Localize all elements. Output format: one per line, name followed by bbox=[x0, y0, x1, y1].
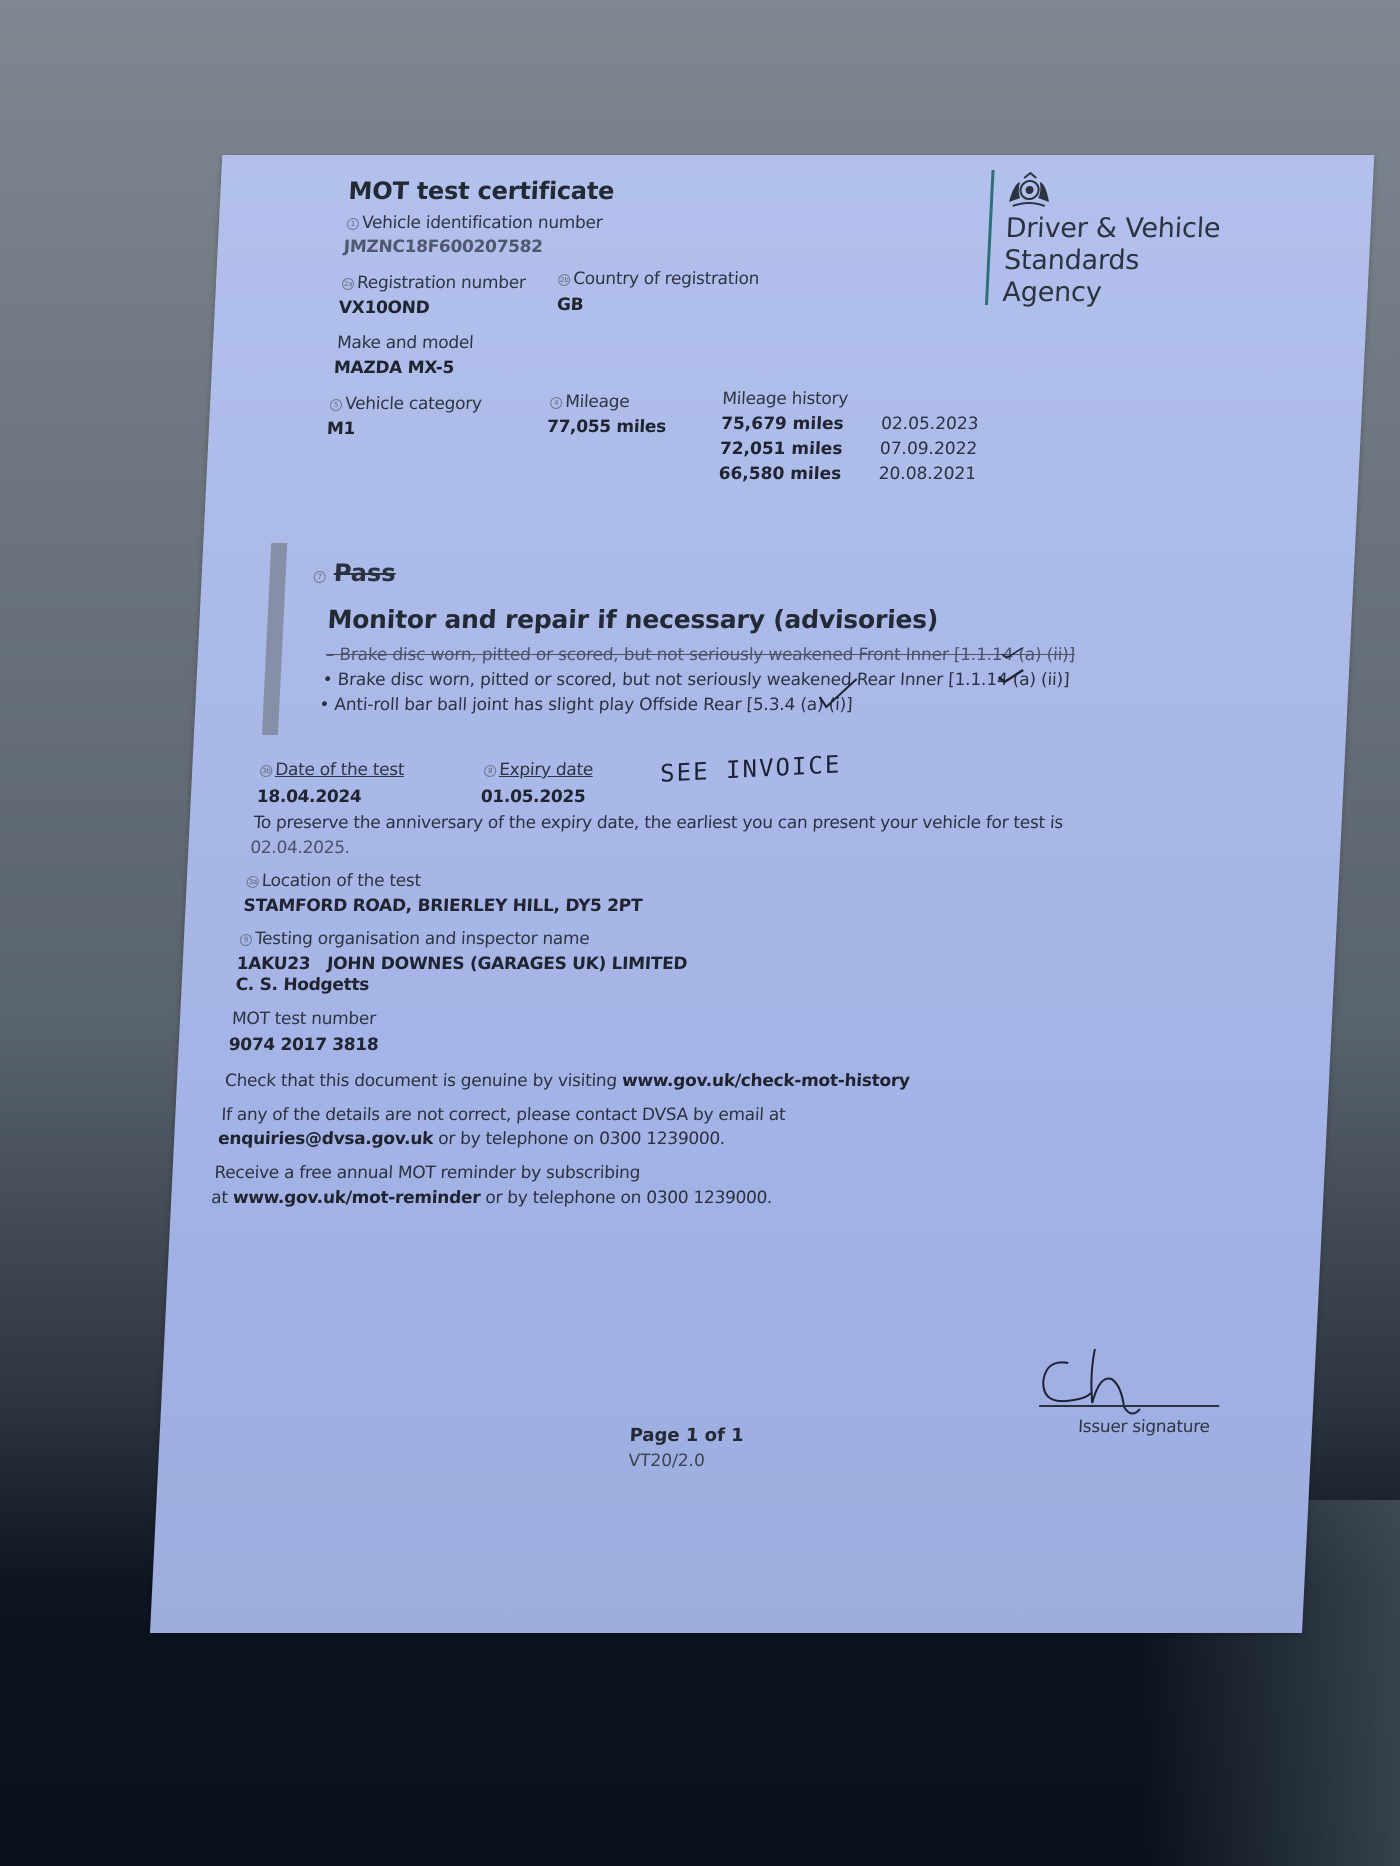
country-value: GB bbox=[556, 295, 583, 315]
advisory-item: • Brake disc worn, pitted or scored, but… bbox=[322, 670, 1070, 690]
vin-value: JMZNC18F600207582 bbox=[343, 237, 543, 257]
organisation-label: 9Testing organisation and inspector name bbox=[239, 929, 590, 949]
reminder-note-line2: at www.gov.uk/mot-reminder or by telepho… bbox=[211, 1188, 773, 1208]
make-model-label: Make and model bbox=[337, 333, 474, 353]
organisation-name: JOHN DOWNES (GARAGES UK) LIMITED bbox=[327, 954, 688, 974]
royal-coat-of-arms-icon bbox=[1005, 170, 1055, 210]
document-title: MOT test certificate bbox=[348, 177, 615, 205]
test-number-label: MOT test number bbox=[232, 1009, 377, 1029]
agency-line-3: Agency bbox=[1002, 277, 1218, 309]
agency-line-2: Standards bbox=[1003, 245, 1219, 277]
anniversary-note: To preserve the anniversary of the expir… bbox=[253, 813, 1063, 833]
field-marker-icon: 7 bbox=[313, 571, 326, 583]
field-marker-icon: 5 bbox=[330, 399, 343, 411]
organisation-value: 1AKU23 JOHN DOWNES (GARAGES UK) LIMITED bbox=[236, 954, 687, 974]
field-marker-icon: 9 bbox=[240, 934, 253, 946]
pass-status-text: Pass bbox=[333, 559, 396, 587]
field-marker-icon: 1 bbox=[347, 218, 360, 230]
mileage-value: 77,055 miles bbox=[546, 417, 666, 437]
make-model-value: MAZDA MX-5 bbox=[333, 358, 454, 378]
form-code: VT20/2.0 bbox=[628, 1451, 705, 1471]
test-date-value: 18.04.2024 bbox=[256, 787, 362, 807]
field-marker-icon: 2a bbox=[342, 278, 355, 290]
test-number-value: 9074 2017 3818 bbox=[228, 1035, 379, 1055]
signature-line bbox=[1039, 1405, 1219, 1407]
issuer-signature-label: Issuer signature bbox=[1078, 1417, 1211, 1437]
field-marker-icon: 4 bbox=[550, 397, 563, 409]
field-marker-icon: 3b bbox=[260, 765, 273, 777]
contact-note-line2: enquiries@dvsa.gov.uk or by telephone on… bbox=[218, 1129, 726, 1149]
expiry-date-value: 01.05.2025 bbox=[480, 787, 586, 807]
mileage-label: 4Mileage bbox=[550, 392, 630, 412]
country-label: 2bCountry of registration bbox=[558, 269, 760, 289]
check-mot-history-link[interactable]: www.gov.uk/check-mot-history bbox=[621, 1071, 910, 1091]
advisories-heading: Monitor and repair if necessary (advisor… bbox=[327, 605, 939, 634]
agency-line-1: Driver & Vehicle bbox=[1005, 213, 1221, 245]
logo-divider bbox=[985, 170, 995, 305]
check-genuine-note: Check that this document is genuine by v… bbox=[225, 1071, 911, 1091]
agency-name: Driver & Vehicle Standards Agency bbox=[1002, 213, 1221, 309]
field-marker-icon: 3a bbox=[246, 876, 259, 888]
advisory-item: • Anti-roll bar ball joint has slight pl… bbox=[319, 695, 853, 715]
location-value: STAMFORD ROAD, BRIERLEY HILL, DY5 2PT bbox=[243, 896, 643, 916]
checkmark-icon bbox=[817, 677, 859, 711]
registration-label: 2aRegistration number bbox=[342, 273, 527, 293]
vehicle-category-value: M1 bbox=[326, 419, 355, 439]
result-status: 7 Pass bbox=[313, 559, 396, 587]
checkmark-icon bbox=[996, 667, 1025, 687]
earliest-test-date: 02.04.2025. bbox=[250, 838, 350, 858]
field-marker-icon: 2b bbox=[558, 274, 571, 286]
result-indicator-bar bbox=[262, 543, 287, 735]
location-label: 3aLocation of the test bbox=[246, 871, 421, 891]
dvsa-email-link[interactable]: enquiries@dvsa.gov.uk bbox=[218, 1129, 434, 1149]
handwritten-note: SEE INVOICE bbox=[660, 750, 841, 787]
reminder-note-line1: Receive a free annual MOT reminder by su… bbox=[214, 1163, 641, 1183]
page-number: Page 1 of 1 bbox=[629, 1425, 744, 1446]
registration-value: VX10OND bbox=[338, 298, 430, 318]
field-marker-icon: 8 bbox=[484, 765, 497, 777]
contact-note-line1: If any of the details are not correct, p… bbox=[221, 1105, 786, 1125]
test-date-label: 3bDate of the test bbox=[260, 760, 405, 780]
mot-certificate-paper: MOT test certificate Driver & Vehicle St… bbox=[150, 155, 1374, 1633]
organisation-code: 1AKU23 bbox=[236, 954, 311, 974]
expiry-date-label: 8Expiry date bbox=[484, 760, 594, 780]
checkmark-icon bbox=[1000, 645, 1025, 661]
inspector-name: C. S. Hodgetts bbox=[235, 975, 369, 995]
vin-label: 1Vehicle identification number bbox=[346, 213, 602, 233]
mileage-history-label: Mileage history bbox=[722, 389, 849, 409]
advisory-item: – Brake disc worn, pitted or scored, but… bbox=[325, 645, 1075, 665]
vehicle-category-label: 5Vehicle category bbox=[330, 394, 483, 414]
mot-reminder-link[interactable]: www.gov.uk/mot-reminder bbox=[232, 1188, 480, 1208]
